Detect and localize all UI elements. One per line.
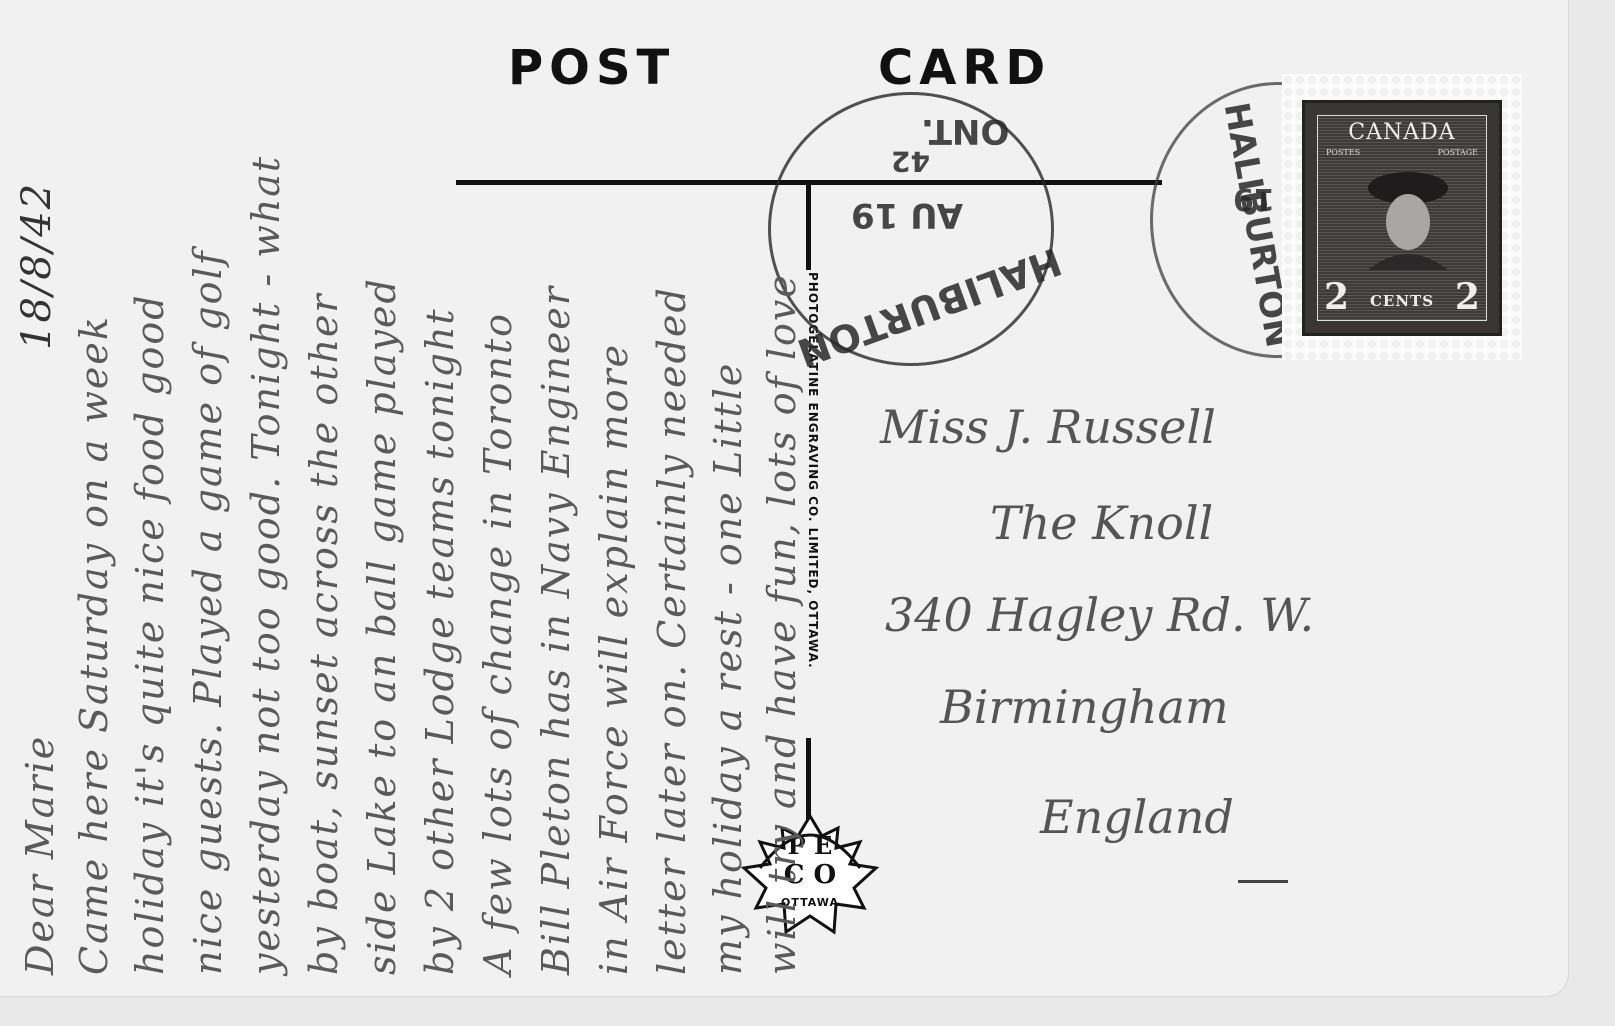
- message-line: in Air Force will explain more: [592, 343, 636, 975]
- stamp-postage: POSTAGE: [1438, 148, 1478, 157]
- stamp-value-left: 2: [1324, 280, 1349, 314]
- address-underline: [1238, 880, 1288, 883]
- stamp-value: 2 CENTS 2: [1318, 280, 1486, 314]
- address-line-city: Birmingham: [940, 680, 1229, 734]
- stamp-value-right: 2: [1455, 280, 1480, 314]
- message-line: Dear Marie: [18, 735, 62, 975]
- address-line-house: The Knoll: [990, 496, 1213, 550]
- message-line: will try and have fun, lots of love: [760, 273, 804, 975]
- postage-stamp: CANADA POSTES POSTAGE 2 CENTS 2: [1282, 74, 1522, 360]
- message-line: Bill Pleton has in Navy Engineer: [534, 285, 578, 975]
- header-post: POST: [508, 40, 675, 96]
- address-line-street: 340 Hagley Rd. W.: [885, 588, 1314, 642]
- message-line: holiday it's quite nice food good: [128, 293, 172, 975]
- stamp-cents: CENTS: [1370, 292, 1434, 310]
- address-line-name: Miss J. Russell: [880, 400, 1216, 454]
- stamp-inner: CANADA POSTES POSTAGE 2 CENTS 2: [1317, 115, 1487, 321]
- stamp-frame: CANADA POSTES POSTAGE 2 CENTS 2: [1302, 100, 1502, 336]
- stamp-country: CANADA: [1318, 120, 1486, 145]
- message-line: my holiday a rest - one Little: [706, 362, 750, 975]
- stamp-postes: POSTES: [1326, 148, 1360, 157]
- postmark-year: 42: [891, 145, 930, 178]
- message-line: A few lots of change in Toronto: [476, 312, 520, 975]
- message-line: side Lake to an ball game played: [360, 277, 404, 975]
- message-line: Came here Saturday on a week: [72, 315, 116, 975]
- postmark-haliburton: ONT. 42 AU 19 HALIBURTON: [768, 92, 1054, 366]
- message-line: by boat, sunset across the other: [302, 292, 346, 975]
- message-line: yesterday not too good. Tonight - what: [244, 155, 288, 975]
- postmark-town: HALIBURTON: [792, 239, 1067, 375]
- message-line: letter later on. Certainly needed: [650, 286, 694, 975]
- postcard: POST CARD PHOTOGELATINE ENGRAVING CO. LI…: [0, 0, 1568, 996]
- message-line: by 2 other Lodge teams tonight: [418, 307, 462, 975]
- address-line-country: England: [1040, 790, 1234, 844]
- king-portrait-icon: [1358, 160, 1454, 270]
- message-line: nice guests. Played a game of golf: [186, 249, 230, 975]
- message-date: 18/8/42: [14, 182, 60, 350]
- postmark-province: ONT.: [921, 111, 1009, 151]
- header-card: CARD: [878, 40, 1051, 96]
- postmark-date: AU 19: [851, 195, 963, 235]
